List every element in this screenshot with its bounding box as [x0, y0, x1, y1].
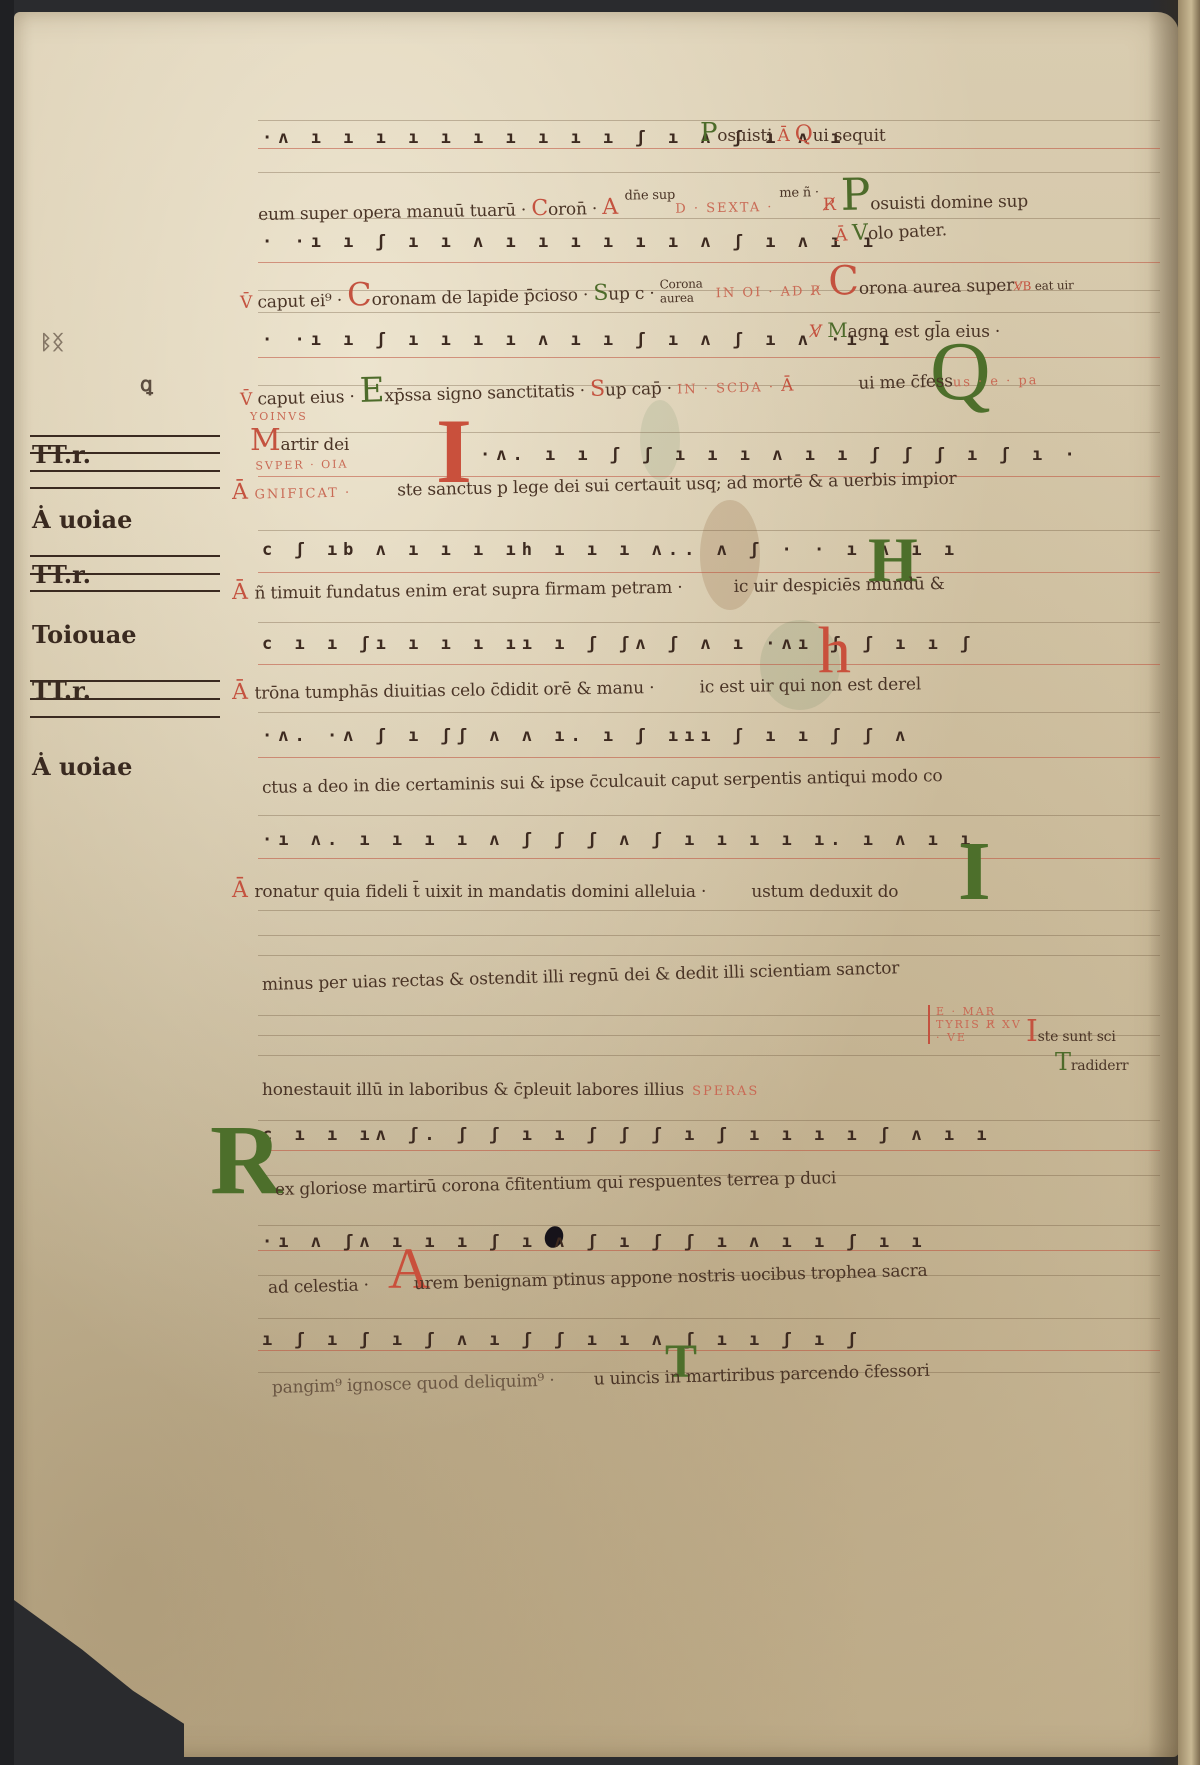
text-segment: artir dei	[281, 435, 350, 455]
text-segment: oron̄ ·	[548, 199, 603, 220]
text-segment: dn̄e sup	[624, 188, 675, 204]
initial-letter: P	[700, 118, 717, 148]
text-segment: caput ei⁹ ·	[257, 291, 347, 313]
margin-staff-line	[30, 435, 220, 437]
initial-letter: S	[593, 281, 608, 306]
margin-note: Ȧ uoiae	[32, 752, 132, 781]
spacer	[374, 1289, 414, 1290]
staff-line	[258, 432, 1160, 433]
text-segment: ui me c̄fess	[858, 371, 953, 393]
initial-letter: S	[590, 376, 606, 401]
initial-letter: Q	[795, 122, 813, 147]
spacer	[660, 692, 700, 693]
faded-mark: ꝗ	[140, 372, 153, 396]
text-segment: eum super opera manuū tuarū ·	[258, 200, 532, 225]
text-segment: ic est uir qui non est derel	[699, 674, 921, 697]
initial-letter: C	[347, 275, 372, 314]
initial-letter: E	[359, 370, 385, 411]
text-segment: up c ·	[608, 283, 660, 304]
text-segment: V̄	[240, 390, 258, 410]
text-segment: ronatur quia fideli t̄ uixit in mandatis…	[254, 882, 711, 902]
text-segment: Ā	[777, 126, 794, 146]
text-segment: Corona aurea	[659, 276, 716, 305]
text-segment: trōna tumphās diuitias celo c̄didit orē …	[254, 678, 659, 704]
text-segment: Ā	[232, 680, 255, 705]
staff-line	[258, 712, 1160, 713]
margin-staff-line	[30, 716, 220, 718]
margin-staff-line	[30, 555, 220, 557]
margin-note: Toiouae	[32, 620, 137, 649]
rubric: GNIFICAT ·	[254, 485, 357, 502]
margin-note: TT.r.	[32, 676, 91, 705]
text-segment: A	[602, 195, 625, 220]
text-segment: honestauit illū in laboribus & c̄pleuit …	[262, 1080, 684, 1100]
staff-line	[258, 1318, 1160, 1319]
staff-line-red	[258, 148, 1160, 149]
rubric: YOINVS	[250, 410, 349, 423]
staff-line	[258, 530, 1160, 531]
rubric: IN OI · AD R̸	[716, 284, 829, 302]
text-segment: ustum deduxit do	[751, 882, 898, 902]
text-segment: olo pater.	[867, 220, 947, 244]
neume-row: · ·ı ı ʃ ı ı ı ı ʌ ı ı ʃ ı ʌ ʃ ı ʌ ·ı ı	[262, 330, 895, 350]
staff-line	[258, 935, 1160, 936]
neume-row: ·ʌ. ·ʌ ʃ ı ʃʃ ʌ ʌ ı. ı ʃ ııı ʃ ı ı ʃ ʃ ʌ	[262, 726, 911, 746]
spacer	[799, 389, 859, 391]
text-segment: ic uir despiciēs mundū &	[734, 574, 945, 597]
gutter-shadow	[1148, 0, 1178, 1765]
spacer	[560, 1385, 594, 1386]
text-segment: Ā	[232, 878, 254, 903]
text-line: Ā ronatur quia fideli t̄ uixit in mandat…	[232, 878, 898, 903]
staff-line-red	[258, 664, 1160, 665]
text-segment: radiderr	[1071, 1058, 1129, 1074]
text-line: YOINVSMartir dei	[250, 410, 349, 458]
initial-letter: P	[840, 169, 870, 221]
margin-staff-line	[30, 590, 220, 592]
rubric: D · SEXTA ·	[675, 200, 779, 217]
text-segment: osuisti domine sup	[870, 192, 1028, 215]
initial-letter: I	[1026, 1014, 1038, 1049]
text-segment: Ā	[232, 480, 255, 505]
initial-letter: M	[827, 318, 847, 342]
initial-letter: M	[250, 423, 281, 458]
staff-line-red	[258, 1350, 1160, 1351]
neume-row: c ʃ ıb ʌ ı ı ı ıh ı ı ı ʌ.. ʌ ʃ · · ı ʌ …	[262, 540, 960, 560]
staff-line-red	[258, 757, 1160, 758]
neume-row: ·ʌ. ı ı ʃ ʃ ı ı ı ʌ ı ı ʃ ʃ ʃ ı ʃ ı ·	[480, 445, 1081, 465]
staff-line	[258, 1120, 1160, 1121]
neume-row: ·ı ʌ. ı ı ı ı ʌ ʃ ʃ ʃ ʌ ʃ ı ı ı ı ı. ı ʌ…	[262, 830, 976, 850]
text-segment: osuisti	[717, 126, 777, 146]
text-segment: V̸B	[1014, 279, 1035, 293]
staff-line	[258, 1055, 1160, 1056]
text-segment: V̸	[810, 322, 827, 342]
staff-line	[258, 1225, 1160, 1226]
text-segment: ste sunt sci	[1038, 1029, 1116, 1045]
text-segment: xp̄ssa signo sanctitatis ·	[384, 381, 590, 406]
background-left-edge	[0, 0, 14, 1765]
staff-line	[258, 955, 1160, 956]
spacer	[357, 496, 397, 497]
text-segment: Ā	[781, 375, 799, 395]
faded-mark: ᛒᛝ	[40, 330, 64, 354]
text-line: honestauit illū in laboribus & c̄pleuit …	[262, 1080, 759, 1100]
initial-letter-i-green: I	[958, 830, 991, 914]
neume-row: ı ʃ ı ʃ ı ʃ ʌ ı ʃ ʃ ı ı ʌ ʃ ı ı ʃ ı ʃ	[262, 1330, 863, 1350]
text-segment: orona aurea super	[859, 275, 1015, 299]
neume-row: ·ı ʌ ʃʌ ı ı ı ʃ ı ʌ ʃ ı ʃ ʃ ı ʌ ı ı ʃ ı …	[262, 1232, 928, 1252]
facing-page-edge	[1178, 0, 1200, 1765]
neume-row: · ·ı ı ʃ ı ı ʌ ı ı ı ı ı ı ʌ ʃ ı ʌ ı ı	[262, 232, 879, 252]
text-segment: caput eius ·	[257, 387, 360, 410]
margin-note: Ȧ uoiae	[32, 505, 132, 534]
text-segment: V̄	[240, 293, 258, 313]
margin-note: TT.r.	[32, 560, 91, 589]
text-segment: Ā	[232, 580, 255, 605]
text-line: Tradiderr	[1055, 1048, 1128, 1076]
text-line: E · MAR TYRIS R̸ XV · VEIste sunt sci	[928, 1005, 1116, 1049]
text-segment: up cap̄ ·	[605, 379, 678, 401]
text-segment: eat uir	[1035, 278, 1074, 293]
margin-note: TT.r.	[32, 440, 91, 469]
initial-letter: C	[531, 196, 548, 221]
text-segment: ui sequit	[813, 126, 886, 146]
neume-row: c ı ı ıʌ ʃ. ʃ ʃ ı ı ʃ ʃ ʃ ı ʃ ı ı ı ı ʃ …	[262, 1125, 993, 1145]
text-segment: Ā	[835, 225, 853, 246]
initial-letter: V	[852, 220, 869, 246]
text-segment: me ñ ·	[779, 185, 823, 201]
neume-row: c ı ı ʃı ı ı ı ıı ı ʃ ʃʌ ʃ ʌ ı ·ʌı ʃ ʃ ı…	[262, 634, 976, 654]
staff-line	[258, 622, 1160, 623]
rubric: us · e · pa	[953, 373, 1039, 390]
staff-line-red	[258, 1150, 1160, 1151]
staff-line-red	[258, 858, 1160, 859]
text-segment: ad celestia ·	[268, 1275, 375, 1298]
spacer	[688, 592, 734, 593]
staff-line	[258, 815, 1160, 816]
text-line: Posuisti Ā Qui sequit	[700, 118, 885, 148]
margin-staff-line	[30, 470, 220, 472]
initial-letter: C	[828, 258, 859, 305]
rubric: SPERAS	[692, 1084, 759, 1099]
margin-staff-line	[30, 487, 220, 489]
text-segment: oronam de lapide p̄cioso ·	[371, 285, 593, 310]
staff-line	[258, 910, 1160, 911]
rubric: IN · SCDA ·	[677, 380, 781, 398]
initial-letter: T	[1055, 1048, 1071, 1076]
green-offset-stain	[640, 400, 680, 480]
rubric: E · MAR TYRIS R̸ XV · VE	[928, 1005, 1026, 1044]
rubric: SVPER · OIA	[255, 458, 348, 473]
initial-letter-r: R	[210, 1110, 282, 1210]
text-segment: R̸	[823, 195, 841, 215]
